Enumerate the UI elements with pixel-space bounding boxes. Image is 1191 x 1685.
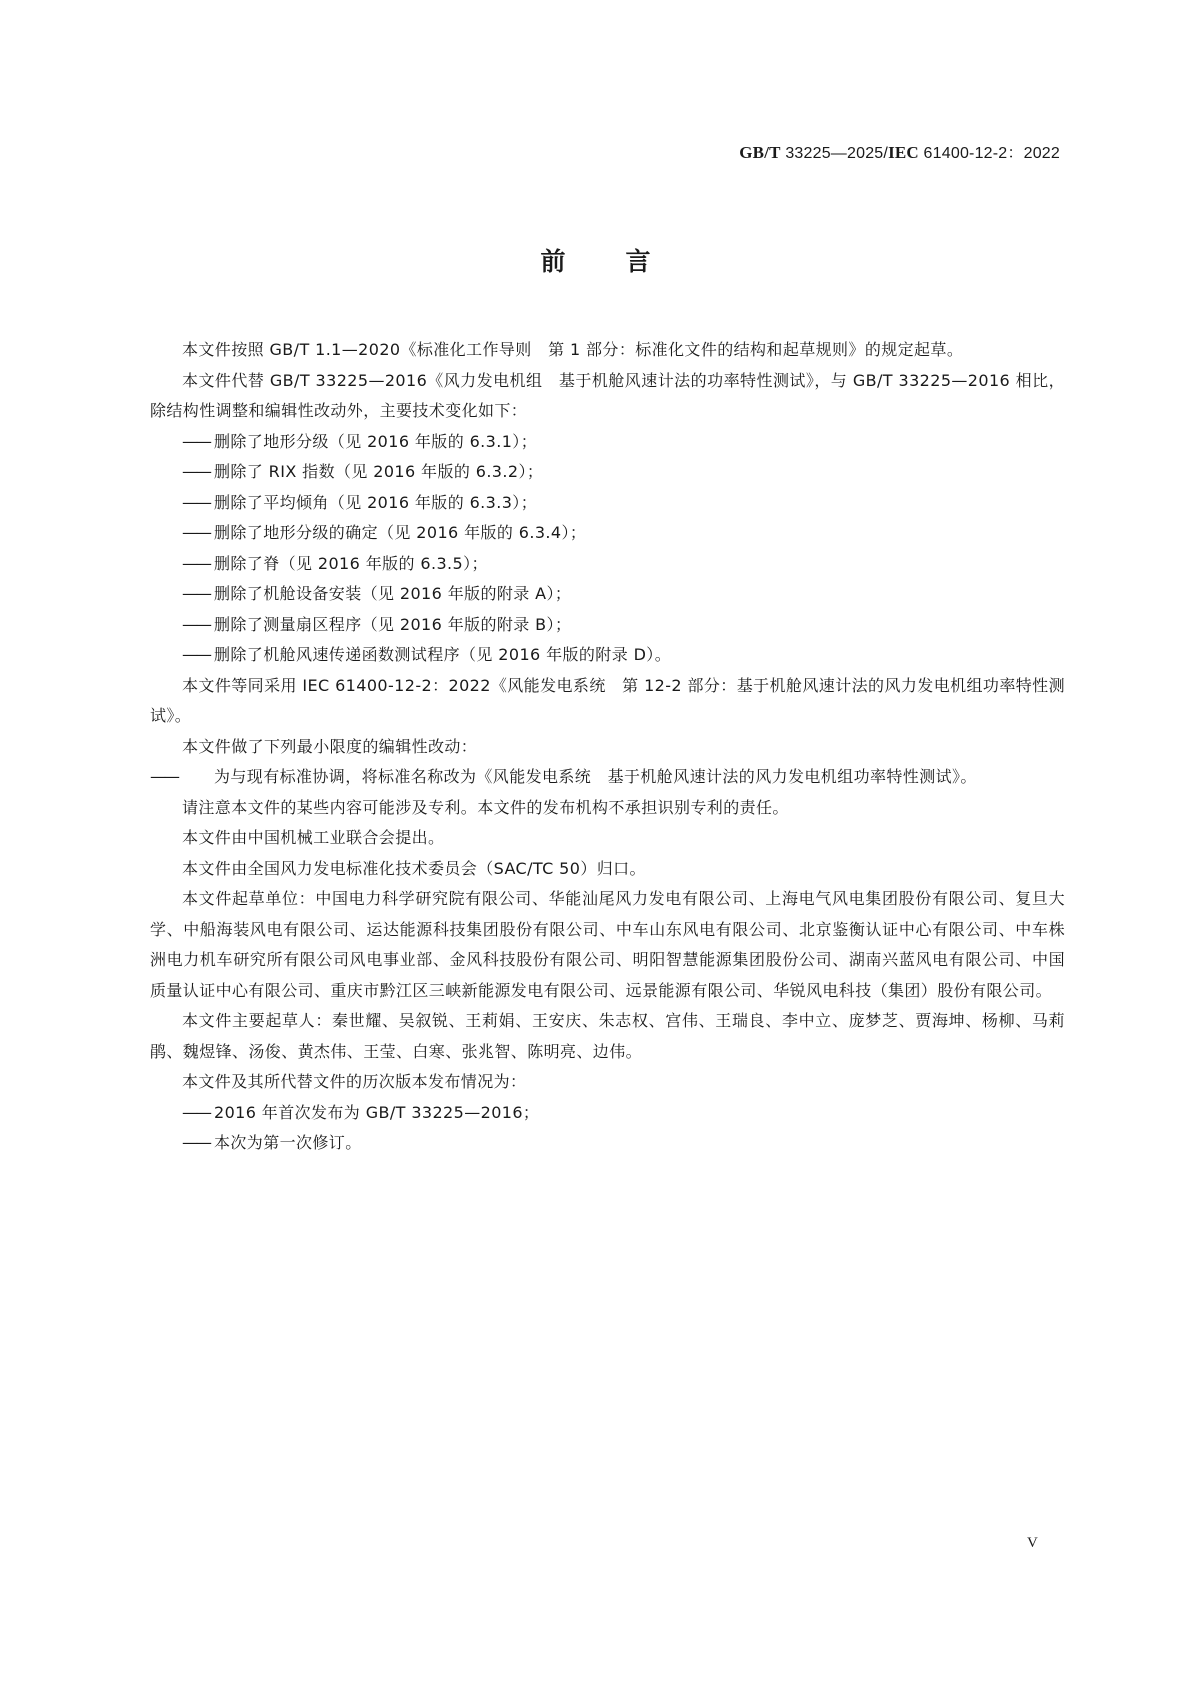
change-item: ——删除了 RIX 指数（见 2016 年版的 6.3.2）；	[150, 457, 1065, 488]
dash-marker: ——	[182, 579, 214, 610]
iec-number: 61400-12-2：2022	[919, 145, 1060, 162]
paragraph-proposed-by: 本文件由中国机械工业联合会提出。	[150, 823, 1065, 854]
paragraph-drafting-rules: 本文件按照 GB/T 1.1—2020《标准化工作导则 第 1 部分：标准化文件…	[150, 335, 1065, 366]
paragraph-drafters: 本文件主要起草人：秦世耀、吴叙锐、王莉娟、王安庆、朱志权、宫伟、王瑞良、李中立、…	[150, 1006, 1065, 1067]
dash-marker: ——	[182, 518, 214, 549]
dash-marker: ——	[182, 640, 214, 671]
editorial-change-item: ——为与现有标准协调，将标准名称改为《风能发电系统 基于机舱风速计法的风力发电机…	[150, 762, 1065, 793]
change-item: ——删除了测量扇区程序（见 2016 年版的附录 B）；	[150, 610, 1065, 641]
change-item: ——删除了地形分级（见 2016 年版的 6.3.1）；	[150, 427, 1065, 458]
change-item: ——删除了机舱设备安装（见 2016 年版的附录 A）；	[150, 579, 1065, 610]
history-item: ——2016 年首次发布为 GB/T 33225—2016；	[150, 1098, 1065, 1129]
dash-marker: ——	[182, 610, 214, 641]
page-number: V	[1027, 1535, 1038, 1552]
page-title: 前言	[0, 242, 1191, 278]
paragraph-history: 本文件及其所代替文件的历次版本发布情况为：	[150, 1067, 1065, 1098]
paragraph-editorial-changes: 本文件做了下列最小限度的编辑性改动：	[150, 732, 1065, 763]
paragraph-drafting-organizations: 本文件起草单位：中国电力科学研究院有限公司、华能汕尾风力发电有限公司、上海电气风…	[150, 884, 1065, 1006]
history-item: ——本次为第一次修订。	[150, 1128, 1065, 1159]
standard-prefix: GB/T	[739, 143, 780, 162]
change-item: ——删除了平均倾角（见 2016 年版的 6.3.3）；	[150, 488, 1065, 519]
dash-marker: ——	[182, 457, 214, 488]
document-standard-code: GB/T 33225—2025/IEC 61400-12-2：2022	[739, 140, 1060, 163]
paragraph-identical-adoption: 本文件等同采用 IEC 61400-12-2：2022《风能发电系统 第 12-…	[150, 671, 1065, 732]
change-item: ——删除了机舱风速传递函数测试程序（见 2016 年版的附录 D）。	[150, 640, 1065, 671]
dash-marker: ——	[182, 488, 214, 519]
paragraph-technical-committee: 本文件由全国风力发电标准化技术委员会（SAC/TC 50）归口。	[150, 854, 1065, 885]
dash-marker: ——	[182, 427, 214, 458]
change-item: ——删除了地形分级的确定（见 2016 年版的 6.3.4）；	[150, 518, 1065, 549]
change-item: ——删除了脊（见 2016 年版的 6.3.5）；	[150, 549, 1065, 580]
iec-prefix: IEC	[888, 143, 919, 162]
paragraph-replaces: 本文件代替 GB/T 33225—2016《风力发电机组 基于机舱风速计法的功率…	[150, 366, 1065, 427]
dash-marker: ——	[182, 762, 214, 793]
standard-number: 33225—2025/	[781, 145, 888, 162]
paragraph-patent-notice: 请注意本文件的某些内容可能涉及专利。本文件的发布机构不承担识别专利的责任。	[150, 793, 1065, 824]
foreword-body: 本文件按照 GB/T 1.1—2020《标准化工作导则 第 1 部分：标准化文件…	[150, 335, 1065, 1159]
dash-marker: ——	[182, 1128, 214, 1159]
dash-marker: ——	[182, 1098, 214, 1129]
dash-marker: ——	[182, 549, 214, 580]
